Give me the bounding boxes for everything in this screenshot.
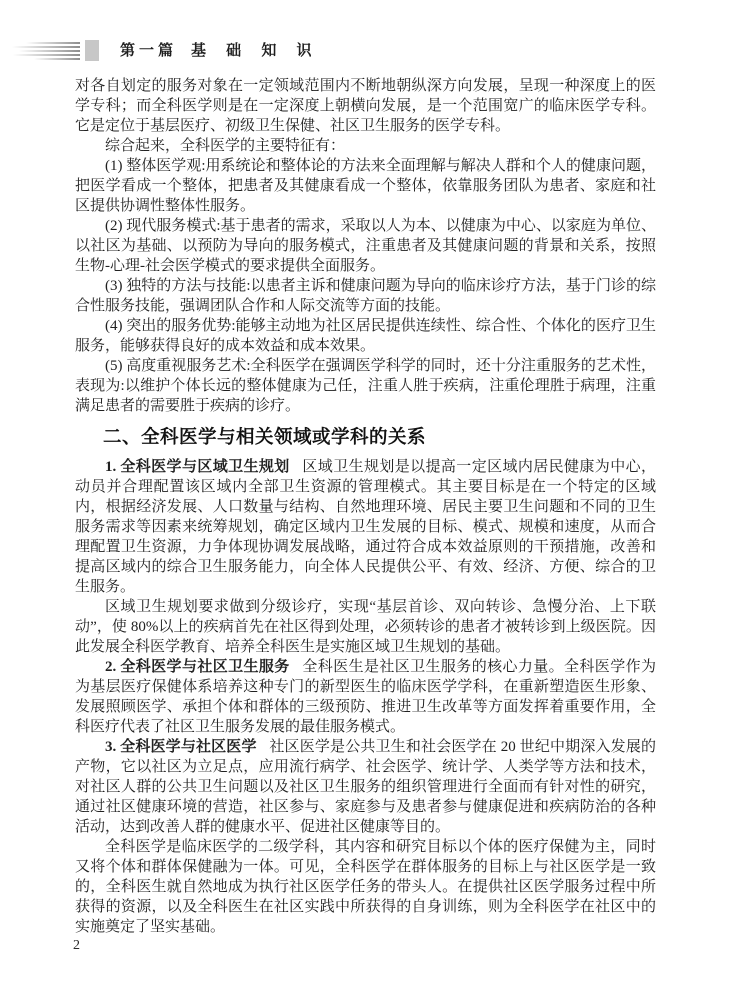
header-decoration-square-icon: [85, 40, 99, 61]
paragraph-subsection-2: 2. 全科医学与社区卫生服务全科医生是社区卫生服务的核心力量。全科医学作为为基层…: [75, 657, 656, 737]
paragraph-feature-5: (5) 高度重视服务艺术:全科医学在强调医学科学的同时，还十分注重服务的艺术性，…: [75, 356, 656, 416]
header-decoration-lines-icon: [12, 42, 80, 60]
page-header: 第一篇基 础 知 识: [0, 38, 730, 68]
part-title: 基 础 知 识: [191, 42, 320, 59]
part-label: 第一篇: [120, 42, 177, 59]
paragraph-feature-2: (2) 现代服务模式:基于患者的需求，采取以人为本、以健康为中心、以家庭为单位、…: [75, 216, 656, 276]
paragraph-closing: 全科医学是临床医学的二级学科，其内容和研究目标以个体的医疗保健为主，同时又将个体…: [75, 837, 656, 937]
paragraph-feature-4: (4) 突出的服务优势:能够主动地为社区居民提供连续性、综合性、个体化的医疗卫生…: [75, 316, 656, 356]
paragraph-feature-1: (1) 整体医学观:用系统论和整体论的方法来全面理解与解决人群和个人的健康问题，…: [75, 156, 656, 216]
paragraph-subsection-3: 3. 全科医学与社区医学社区医学是公共卫生和社会医学在 20 世纪中期深入发展的…: [75, 737, 656, 837]
paragraph-features-intro: 综合起来，全科医学的主要特征有：: [75, 136, 656, 156]
paragraph-subsection-1: 1. 全科医学与区域卫生规划区域卫生规划是以提高一定区域内居民健康为中心，动员并…: [75, 457, 656, 597]
page-number: 2: [73, 938, 80, 954]
subsection-3-lead: 3. 全科医学与社区医学: [105, 739, 257, 755]
running-head: 第一篇基 础 知 识: [120, 39, 320, 60]
paragraph-feature-3: (3) 独特的方法与技能:以患者主诉和健康问题为导向的临床诊疗方法，基于门诊的综…: [75, 276, 656, 316]
page-content: 对各自划定的服务对象在一定领域范围内不断地朝纵深方向发展，呈现一种深度上的医学专…: [75, 76, 656, 937]
subsection-2-lead: 2. 全科医学与社区卫生服务: [105, 659, 290, 675]
book-page: 第一篇基 础 知 识 对各自划定的服务对象在一定领域范围内不断地朝纵深方向发展，…: [0, 0, 730, 1001]
paragraph-continuation: 对各自划定的服务对象在一定领域范围内不断地朝纵深方向发展，呈现一种深度上的医学专…: [75, 76, 656, 136]
subsection-1-lead: 1. 全科医学与区域卫生规划: [105, 459, 290, 475]
paragraph-subsection-1-extra: 区域卫生规划要求做到分级诊疗，实现“基层首诊、双向转诊、急慢分治、上下联动”，使…: [75, 597, 656, 657]
subsection-1-text: 区域卫生规划是以提高一定区域内居民健康为中心，动员并合理配置该区域内全部卫生资源…: [75, 459, 656, 595]
section-heading: 二、全科医学与相关领域或学科的关系: [75, 424, 656, 449]
